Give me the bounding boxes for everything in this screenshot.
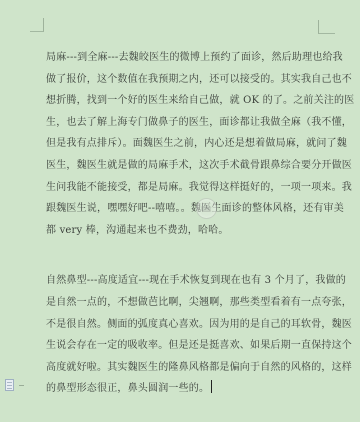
document-text-area[interactable]: 局麻---到全麻---去魏皎医生的微博上预约了面诊，然后助理也给我做了报价，这个… xyxy=(46,47,328,400)
text-line: 局麻---到全麻---去魏皎医生的微博上预约了面诊，然后助理也给我 xyxy=(46,47,328,69)
text-line: 是自然一点的，不想做芭比啊，尖翘啊，那些类型看着有一点夸张， xyxy=(46,292,328,314)
text-line: 不是很自然。侧面的弧度真心喜欢。因为用的是自己的耳软骨，魏医 xyxy=(46,314,328,336)
text-line: 跟魏医生说，嘿嘿好吧--嘻嘻。。魏医生面诊的整体风格，还有审美 xyxy=(46,198,328,220)
text-line: 高度就好啦。其实魏医生的隆鼻风格都是偏向于自然的风格的，这样 xyxy=(46,357,328,379)
document-page: 局麻---到全麻---去魏皎医生的微博上预约了面诊，然后助理也给我做了报价，这个… xyxy=(0,0,360,422)
paragraph: 局麻---到全麻---去魏皎医生的微博上预约了面诊，然后助理也给我做了报价，这个… xyxy=(46,47,328,241)
text-line: 想折腾，找到一个好的医生来给自己做，就 OK 的了。之前关注的医 xyxy=(46,90,328,112)
text-line: 生说会存在一定的吸收率。但是还是挺喜欢、如果后期一直保持这个 xyxy=(46,335,328,357)
paragraph: 自然鼻型---高度适宜---现在手术恢复到现在也有 3 个月了，我做的是自然一点… xyxy=(46,270,328,400)
watermark-icon xyxy=(196,198,217,219)
text-cursor xyxy=(211,380,212,393)
text-line: 但是我有点排斥）。面魏医生之前，内心还是想着做局麻，就问了魏 xyxy=(46,133,328,155)
text-line: 医生，魏医生就是做的局麻手术，这次手术截骨跟鼻综合要分开做医 xyxy=(46,155,328,177)
text-line: 的鼻型形态很正，鼻头圆润一些的。 xyxy=(46,378,328,400)
text-line: 生，也去了解上海专门做鼻子的医生，面诊都让我做全麻（我不懂， xyxy=(46,112,328,134)
text-line: 自然鼻型---高度适宜---现在手术恢复到现在也有 3 个月了，我做的 xyxy=(46,270,328,292)
margin-dash xyxy=(19,385,24,386)
text-boundary-mark-top-right xyxy=(318,20,335,34)
text-line: 都 very 棒，沟通起来也不费劲，哈哈。 xyxy=(46,220,328,242)
text-line: 生问我能不能接受，都是局麻。我觉得这样挺好的，一项一项来。我 xyxy=(46,177,328,199)
text-line: 做了报价，这个数值在我预期之内，还可以接受的。其实我自己也不 xyxy=(46,69,328,91)
margin-page-icon[interactable] xyxy=(5,379,14,391)
text-boundary-mark-top-left xyxy=(30,18,44,32)
